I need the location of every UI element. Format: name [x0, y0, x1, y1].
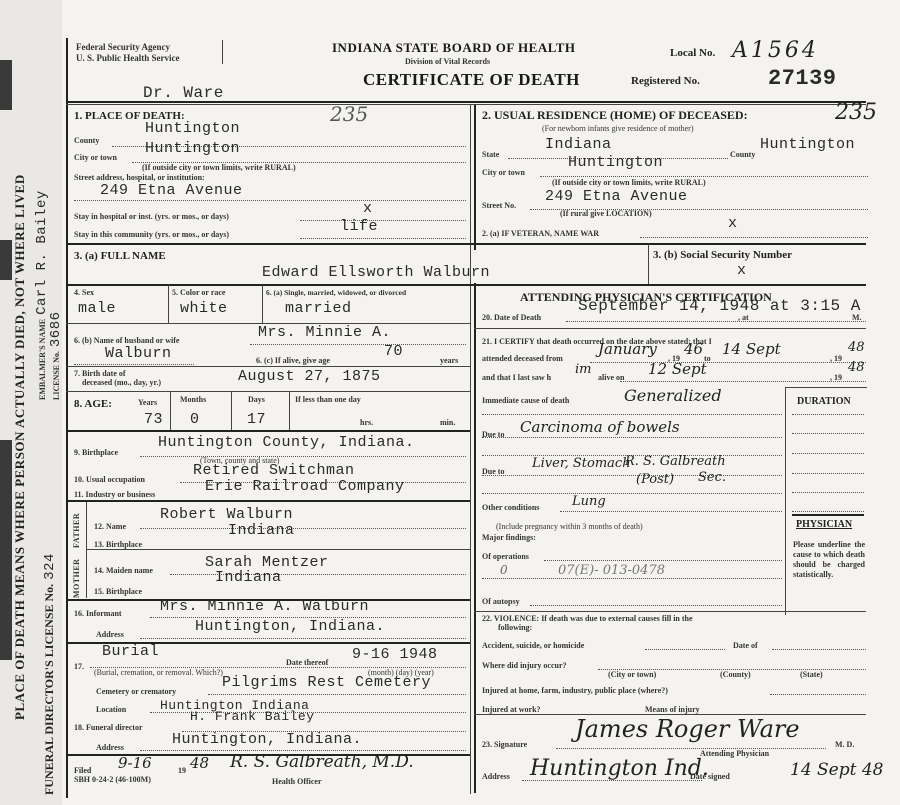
informant-value: Mrs. Minnie A. Walburn: [160, 598, 369, 615]
cell-divider: [262, 285, 263, 323]
dotted-line: [140, 750, 466, 751]
street-value: 249 Etna Avenue: [100, 182, 243, 199]
duration-line: [792, 414, 864, 415]
duration-line: [792, 511, 864, 512]
dotted-line: [560, 511, 782, 512]
full-name-label: 3. (a) FULL NAME: [74, 250, 166, 262]
dotted-line: [300, 238, 466, 239]
res-city-value: Huntington: [568, 154, 663, 171]
embalmer-value: Carl R. Bailey: [34, 190, 50, 315]
health-officer-signature: R. S. Galbreath, M.D.: [230, 752, 414, 772]
ssn-value: x: [737, 262, 747, 279]
county-value: Huntington: [145, 120, 240, 137]
race-label: 5. Color or race: [172, 288, 225, 297]
row-rule: [66, 500, 470, 502]
stay-hospital-value: x: [363, 200, 373, 217]
dotted-line: [250, 344, 466, 345]
header-rule: [66, 101, 866, 103]
res-state-value: Indiana: [545, 136, 612, 153]
spouse-age-unit: years: [440, 356, 458, 365]
dotted-line: [772, 649, 866, 650]
duration-line: [792, 433, 864, 434]
dotted-line: [74, 364, 194, 365]
occupation-label: 10. Usual occupation: [74, 475, 145, 484]
spouse-age-value: 70: [384, 343, 403, 360]
last-saw-label: and that I last saw h: [482, 373, 551, 382]
mother-birthplace-label: 15. Birthplace: [94, 587, 142, 596]
dotted-line: [140, 456, 466, 457]
cell-divider: [170, 392, 171, 430]
agency-line-2: U. S. Public Health Service: [76, 53, 180, 63]
division-title: Division of Vital Records: [405, 57, 490, 66]
father-tag: FATHER: [72, 513, 81, 548]
birthplace-value: Huntington County, Indiana.: [158, 434, 415, 451]
hrs-label: hrs.: [360, 418, 373, 427]
duration-line: [792, 453, 864, 454]
sex-label: 4. Sex: [74, 288, 94, 297]
signature-role: Attending Physician: [700, 749, 769, 758]
signature-value: James Roger Ware: [575, 715, 800, 743]
signature-md: M. D.: [835, 740, 854, 749]
side-note-1: R. S. Galbreath: [625, 454, 726, 469]
embalmer-license-field: LICENSE No. 3686: [46, 311, 64, 400]
burial-address-value: Huntington, Indiana.: [172, 731, 362, 748]
dotted-line: [300, 220, 466, 221]
border-left: [66, 38, 68, 798]
industry-label: 11. Industry or business: [74, 490, 155, 499]
cemetery-label: Cemetery or crematory: [96, 687, 176, 696]
fd-license-field: FUNERAL DIRECTOR'S LICENSE No. 324: [40, 553, 58, 795]
marital-value: married: [285, 300, 352, 317]
margin-number-2: 235: [835, 100, 877, 125]
res-street-label: Street No.: [482, 201, 516, 210]
res-county-label: County: [730, 150, 755, 159]
res-street-value: 249 Etna Avenue: [545, 188, 688, 205]
dotted-line: [140, 528, 466, 529]
last-saw-date: 12 Sept: [648, 360, 707, 378]
mother-birthplace-value: Indiana: [215, 569, 282, 586]
father-birthplace-label: 13. Birthplace: [94, 540, 142, 549]
informant-address-value: Huntington, Indiana.: [195, 618, 385, 635]
dotted-line: [540, 176, 868, 177]
due-to-2-value: Liver, Stomach: [532, 456, 631, 471]
dotted-line: [645, 649, 725, 650]
age-days-value: 17: [247, 411, 266, 428]
residence-note: (For newborn infants give residence of m…: [542, 124, 694, 133]
certify-text-1: 21. I CERTIFY that death occurred on the…: [482, 337, 712, 346]
fd-license-value: 324: [42, 553, 58, 580]
fd-license-label: FUNERAL DIRECTOR'S LICENSE No.: [42, 584, 56, 795]
burial-note: (Burial, cremation, or removal. Which?): [94, 668, 223, 677]
section-rule: [66, 243, 866, 245]
date-signed-value: 14 Sept 48: [790, 760, 884, 780]
father-name-label: 12. Name: [94, 522, 126, 531]
last-saw-year: 48: [848, 360, 865, 375]
dotted-line: [74, 200, 466, 201]
dotted-line: [522, 780, 702, 781]
cell-divider: [231, 392, 232, 430]
birthplace-label: 9. Birthplace: [74, 448, 118, 457]
filed-year-prefix: 19: [178, 766, 186, 775]
state-note: (State): [800, 670, 823, 679]
last-saw-pronoun: im: [575, 362, 592, 377]
duration-line: [792, 473, 864, 474]
cell-divider: [168, 285, 169, 323]
row-rule: [785, 387, 867, 388]
form-code: SBH 0-24-2 (46-100M): [74, 775, 151, 784]
funeral-director-value: H. Frank Bailey: [190, 709, 315, 724]
accident-label: Accident, suicide, or homicide: [482, 641, 584, 650]
burial-number: 17.: [74, 662, 84, 671]
row-rule: [66, 430, 470, 432]
row-rule: [474, 611, 866, 612]
side-note-2: Sec.: [698, 470, 726, 485]
duration-heading: DURATION: [797, 396, 851, 407]
local-no-label: Local No.: [670, 47, 715, 59]
attended-to: 14 Sept: [722, 340, 781, 358]
row-rule: [86, 549, 470, 550]
local-no-value: A1564: [732, 38, 819, 63]
due-to-1-value: Carcinoma of bowels: [520, 418, 680, 436]
mother-tag: MOTHER: [72, 559, 81, 598]
res-street-note: (If rural give LOCATION): [560, 209, 652, 218]
duration-divider: [785, 387, 786, 615]
birth-label-2: deceased (mo., day, yr.): [82, 378, 161, 387]
death-date-at: , at: [738, 313, 749, 322]
age-years-label: Years: [138, 398, 157, 407]
race-value: white: [180, 300, 228, 317]
dotted-line: [482, 578, 782, 579]
embalmer-license-value: 3686: [48, 311, 64, 347]
occupation-value: Retired Switchman: [193, 462, 355, 479]
veteran-value: x: [728, 215, 738, 232]
spouse-label: 6. (b) Name of husband or wife: [74, 336, 179, 345]
scan-shadow: [0, 60, 12, 110]
divider-col: [474, 104, 476, 250]
duration-line: [792, 492, 864, 493]
other-conditions-label: Other conditions: [482, 503, 539, 512]
divider-col: [474, 283, 476, 793]
city-value: Huntington: [145, 140, 240, 157]
where-label: Where did injury occur?: [482, 661, 567, 670]
operations-label: Of operations: [482, 552, 529, 561]
birth-value: August 27, 1875: [238, 368, 381, 385]
board-title: INDIANA STATE BOARD OF HEALTH: [332, 40, 576, 56]
city-label: City or town: [74, 153, 117, 162]
attended-from: January: [598, 340, 657, 358]
means-label: Means of injury: [645, 705, 700, 714]
spouse-age-label: 6. (c) If alive, give age: [256, 356, 330, 365]
industry-value: Erie Railroad Company: [205, 478, 405, 495]
date-of-label: Date of: [733, 641, 758, 650]
certify-text-2: attended deceased from: [482, 354, 563, 363]
sig-address-label: Address: [482, 772, 510, 781]
age-label: 8. AGE:: [74, 398, 112, 410]
row-rule: [474, 328, 866, 329]
dotted-line: [140, 638, 466, 639]
burial-date-value: 9-16 1948: [352, 646, 438, 663]
at-work-label: Injured at work?: [482, 705, 541, 714]
age-months-value: 0: [190, 411, 200, 428]
filed-year-value: 48: [190, 754, 209, 772]
location-label: Location: [96, 705, 126, 714]
age-years-value: 73: [144, 411, 163, 428]
dotted-line: [544, 560, 782, 561]
stay-community-value: life: [340, 218, 378, 235]
mother-name-label: 14. Maiden name: [94, 566, 153, 575]
physician-note-heading: PHYSICIAN: [796, 519, 852, 530]
dotted-line: [482, 437, 782, 438]
sex-value: male: [78, 300, 116, 317]
agency-line-1: Federal Security Agency: [76, 42, 170, 52]
min-label: min.: [440, 418, 455, 427]
veteran-label: 2. (a) IF VETERAN, NAME WAR: [482, 229, 599, 238]
res-city-note: (If outside city or town limits, write R…: [552, 178, 706, 187]
dotted-line: [530, 605, 782, 606]
margin-number-1: 235: [330, 102, 368, 126]
full-name-value: Edward Ellsworth Walburn: [262, 264, 490, 281]
county-note: (County): [720, 670, 751, 679]
stay-hospital-label: Stay in hospital or inst. (yrs. or mos.,…: [74, 212, 229, 221]
injured-where-label: Injured at home, farm, industry, public …: [482, 686, 668, 695]
registered-no-value: 27139: [768, 66, 837, 91]
immediate-cause-label: Immediate cause of death: [482, 396, 569, 405]
dotted-line: [208, 694, 466, 695]
stamp-code: 07(E)- 013-0478: [558, 563, 665, 578]
autopsy-label: Of autopsy: [482, 597, 520, 606]
row-rule: [66, 366, 470, 367]
death-date-value: September 14, 1948 at 3:15 A: [578, 297, 861, 315]
agency-box-edge: [222, 40, 223, 64]
age-less-label: If less than one day: [295, 395, 361, 404]
sig-address-value: Huntington Ind.: [530, 756, 709, 781]
scan-shadow: [0, 440, 12, 660]
operations-value: 0: [500, 563, 508, 577]
age-days-label: Days: [248, 395, 265, 404]
parent-divider: [86, 502, 87, 598]
city-note: (City or town): [608, 670, 656, 679]
immediate-cause-value: Generalized: [624, 386, 722, 405]
death-date-m: M.: [852, 313, 862, 322]
header-rule-2: [66, 104, 866, 105]
informant-label: 16. Informant: [74, 609, 122, 618]
city-note: (If outside city or town limits, write R…: [142, 163, 296, 172]
burial-date-label: Date thereof: [286, 658, 328, 667]
spouse-value-1: Mrs. Minnie A.: [258, 324, 391, 341]
county-label: County: [74, 136, 99, 145]
ssn-divider: [648, 244, 649, 284]
attended-from-year: 46: [684, 340, 703, 358]
other-conditions-value: Lung: [572, 494, 606, 509]
cell-divider: [289, 392, 290, 430]
filed-value: 9-16: [118, 754, 152, 772]
dotted-line: [620, 381, 866, 382]
street-label: Street address, hospital, or institution…: [74, 173, 205, 182]
marital-label: 6. (a) Single, married, widowed, or divo…: [266, 288, 406, 297]
dotted-line: [770, 694, 866, 695]
attended-to-year: 48: [848, 340, 865, 355]
section-rule: [66, 284, 866, 286]
funeral-director-label: 18. Funeral director: [74, 723, 143, 732]
res-city-label: City or town: [482, 168, 525, 177]
violence-heading-1: 22. VIOLENCE: If death was due to extern…: [482, 614, 693, 623]
date-signed-label: Date signed: [690, 772, 730, 781]
burial-value: Burial: [102, 643, 159, 660]
side-note-3: (Post): [636, 472, 674, 487]
res-county-value: Huntington: [760, 136, 855, 153]
physician-rule: [792, 514, 864, 516]
doctor-stamp: Dr. Ware: [143, 84, 224, 102]
stay-community-label: Stay in this community (yrs. or mos., or…: [74, 230, 229, 239]
physician-note: Please underline the cause to which deat…: [793, 540, 865, 580]
dotted-line: [482, 414, 782, 415]
filed-label: Filed: [74, 766, 91, 775]
place-of-death-note: PLACE OF DEATH MEANS WHERE PERSON ACTUAL…: [12, 174, 28, 720]
dotted-line: [640, 237, 868, 238]
dotted-line: [590, 362, 866, 363]
violence-heading-2: following:: [498, 623, 532, 632]
residence-heading: 2. USUAL RESIDENCE (HOME) OF DECEASED:: [482, 108, 748, 123]
health-officer-label: Health Officer: [272, 777, 322, 786]
dotted-line: [482, 493, 782, 494]
dotted-line: [566, 321, 866, 322]
scan-shadow: [0, 240, 12, 280]
death-date-label: 20. Date of Death: [482, 313, 541, 322]
father-name-value: Robert Walburn: [160, 506, 293, 523]
row-rule: [66, 391, 470, 392]
cemetery-value: Pilgrims Rest Cemetery: [222, 674, 431, 691]
burial-address-label: Address: [96, 743, 124, 752]
informant-address-label: Address: [96, 630, 124, 639]
father-birthplace-value: Indiana: [228, 522, 295, 539]
certificate-title: CERTIFICATE OF DEATH: [363, 70, 580, 90]
ssn-label: 3. (b) Social Security Number: [653, 249, 792, 261]
registered-no-label: Registered No.: [631, 75, 700, 87]
signature-label: 23. Signature: [482, 740, 527, 749]
birth-label-1: 7. Birth date of: [74, 369, 126, 378]
spouse-value-2: Walburn: [105, 345, 172, 362]
dotted-line: [556, 748, 826, 749]
findings-label: Major findings:: [482, 533, 536, 542]
age-months-label: Months: [180, 395, 206, 404]
embalmer-license-label: LICENSE No.: [52, 351, 61, 400]
pregnancy-note: (Include pregnancy within 3 months of de…: [496, 522, 643, 531]
divider-col-inner: [470, 104, 471, 794]
res-state-label: State: [482, 150, 499, 159]
dotted-line: [482, 475, 782, 476]
